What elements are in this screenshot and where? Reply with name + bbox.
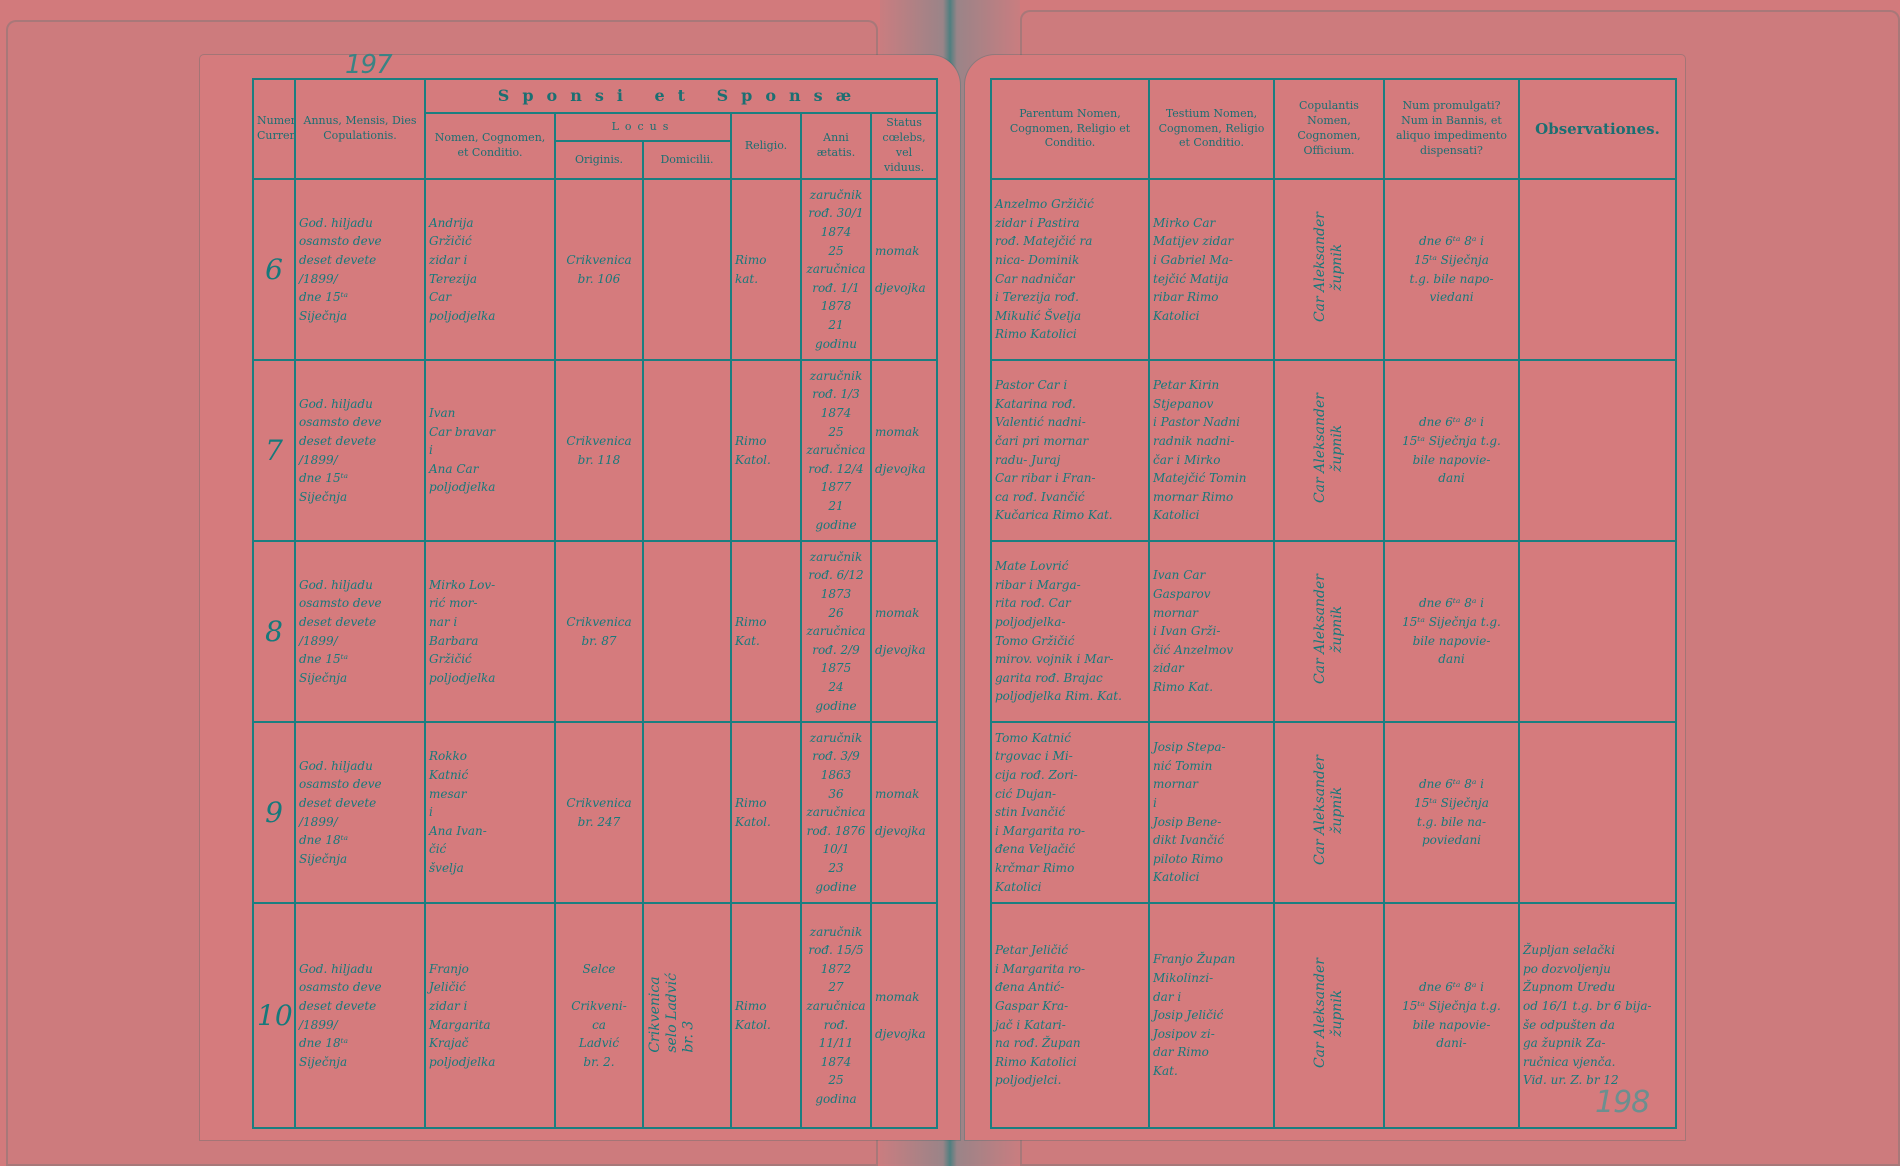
entry-origin: Crikvenica br. 118 [555,360,643,541]
entry-number: 7 [253,360,295,541]
entry-officiant: Car Aleksander župnik [1274,541,1384,722]
entry-observations [1519,360,1676,541]
entry-officiant-text: Car Aleksander župnik [1312,755,1346,865]
register-table-right: Parentum Nomen, Cognomen, Religio et Con… [990,78,1677,1129]
header-numerus-currens: Numerus Currens. [253,79,295,179]
register-entry-row: 7 God. hiljadu osamsto deve deset devete… [253,360,937,541]
register-entry-row: 10 God. hiljadu osamsto deve deset devet… [253,903,937,1128]
entry-officiant: Car Aleksander župnik [1274,360,1384,541]
register-table-left: Numerus Currens. Annus, Mensis, Dies Cop… [252,78,938,1129]
entry-names: Rokko Katnić mesar i Ana Ivan- čić švelj… [425,722,555,903]
entry-names: Franjo Jeličić zidar i Margarita Krajač … [425,903,555,1128]
entry-observations [1519,722,1676,903]
entry-witnesses: Petar Kirin Stjepanov i Pastor Nadni rad… [1149,360,1274,541]
entry-date: God. hiljadu osamsto deve deset devete /… [295,541,425,722]
page-number-left: 197 [345,50,392,80]
entry-origin: Crikvenica br. 106 [555,179,643,360]
header-sponsi-et-sponsae: Sponsi et Sponsæ [425,79,937,113]
entry-officiant: Car Aleksander župnik [1274,179,1384,360]
entry-officiant: Car Aleksander župnik [1274,903,1384,1128]
register-entry-row-right: Petar Jeličić i Margarita ro- đena Antić… [991,903,1676,1128]
register-entry-row-right: Pastor Car i Katarina rođ. Valentić nadn… [991,360,1676,541]
entry-parents: Mate Lovrić ribar i Marga- rita rođ. Car… [991,541,1149,722]
entry-number: 6 [253,179,295,360]
entry-names: Ivan Car bravar i Ana Car poljodjelka [425,360,555,541]
entry-observations: Župljan selački po dozvoljenju Župnom Ur… [1519,903,1676,1128]
entry-names: Mirko Lov- rić mor- nar i Barbara Gržiči… [425,541,555,722]
entry-witnesses: Josip Stepa- nić Tomin mornar i Josip Be… [1149,722,1274,903]
entry-parents: Tomo Katnić trgovac i Mi- cija rođ. Zori… [991,722,1149,903]
entry-age: zaručnik rođ. 6/12 1873 26 zaručnica rođ… [801,541,871,722]
entry-banns: dne 6ᵗᵃ 8ᵃ i 15ᵗᵃ Siječnja t.g. bile nap… [1384,903,1519,1128]
entry-origin: Crikvenica br. 247 [555,722,643,903]
entry-witnesses: Ivan Car Gasparov mornar i Ivan Grži- či… [1149,541,1274,722]
header-parentum: Parentum Nomen, Cognomen, Religio et Con… [991,79,1149,179]
entry-parents: Petar Jeličić i Margarita ro- đena Antić… [991,903,1149,1128]
entry-domicile [643,722,731,903]
entry-observations [1519,541,1676,722]
entry-domicile: Crikvenica selo Ladvić br. 3 [643,903,731,1128]
header-copulantis: Copulantis Nomen, Cognomen, Officium. [1274,79,1384,179]
entry-religion: Rimo Katol. [731,903,801,1128]
entry-date: God. hiljadu osamsto deve deset devete /… [295,903,425,1128]
header-annus-mensis-dies: Annus, Mensis, Dies Copulationis. [295,79,425,179]
entry-date: God. hiljadu osamsto deve deset devete /… [295,179,425,360]
entry-age: zaručnik rođ. 30/1 1874 25 zaručnica rođ… [801,179,871,360]
header-observationes: Observationes. [1519,79,1676,179]
entry-religion: Rimo Kat. [731,541,801,722]
entry-number: 8 [253,541,295,722]
entry-number: 9 [253,722,295,903]
entry-date: God. hiljadu osamsto deve deset devete /… [295,360,425,541]
entry-origin: Crikvenica br. 87 [555,541,643,722]
entry-domicile [643,179,731,360]
entry-date: God. hiljadu osamsto deve deset devete /… [295,722,425,903]
register-entry-row: 6 God. hiljadu osamsto deve deset devete… [253,179,937,360]
header-locus: Locus [555,113,731,141]
entry-religion: Rimo Katol. [731,722,801,903]
entry-witnesses: Franjo Župan Mikolinzi- dar i Josip Jeli… [1149,903,1274,1128]
entry-banns: dne 6ᵗᵃ 8ᵃ i 15ᵗᵃ Siječnja t.g. bile nap… [1384,360,1519,541]
entry-officiant-text: Car Aleksander župnik [1312,212,1346,322]
entry-witnesses: Mirko Car Matijev zidar i Gabriel Ma- te… [1149,179,1274,360]
entry-status: momak djevojka [871,179,937,360]
entry-status: momak djevojka [871,541,937,722]
entry-age: zaručnik rođ. 15/5 1872 27 zaručnica rođ… [801,903,871,1128]
entry-names: Andrija Gržičić zidar i Terezija Car pol… [425,179,555,360]
entry-officiant-text: Car Aleksander župnik [1312,958,1346,1068]
register-entry-row-right: Mate Lovrić ribar i Marga- rita rođ. Car… [991,541,1676,722]
entry-religion: Rimo kat. [731,179,801,360]
header-originis: Originis. [555,141,643,179]
entry-banns: dne 6ᵗᵃ 8ᵃ i 15ᵗᵃ Siječnja t.g. bile na-… [1384,722,1519,903]
register-entry-row: 8 God. hiljadu osamsto deve deset devete… [253,541,937,722]
entry-status: momak djevojka [871,903,937,1128]
entry-age: zaručnik rođ. 3/9 1863 36 zaručnica rođ.… [801,722,871,903]
register-entry-row-right: Anzelmo Gržičić zidar i Pastira rođ. Mat… [991,179,1676,360]
entry-parents: Anzelmo Gržičić zidar i Pastira rođ. Mat… [991,179,1149,360]
entry-banns: dne 6ᵗᵃ 8ᵃ i 15ᵗᵃ Siječnja t.g. bile nap… [1384,179,1519,360]
header-status: Status cœlebs, vel viduus. [871,113,937,179]
header-domicilii: Domicilii. [643,141,731,179]
entry-banns: dne 6ᵗᵃ 8ᵃ i 15ᵗᵃ Siječnja t.g. bile nap… [1384,541,1519,722]
register-entry-row-right: Tomo Katnić trgovac i Mi- cija rođ. Zori… [991,722,1676,903]
entry-domicile-text: Crikvenica selo Ladvić br. 3 [647,973,697,1053]
entry-number: 10 [253,903,295,1128]
entry-domicile [643,360,731,541]
entry-domicile [643,541,731,722]
entry-observations [1519,179,1676,360]
header-testium: Testium Nomen, Cognomen, Religio et Cond… [1149,79,1274,179]
entry-parents: Pastor Car i Katarina rođ. Valentić nadn… [991,360,1149,541]
entry-status: momak djevojka [871,360,937,541]
header-nomen-cognomen: Nomen, Cognomen, et Conditio. [425,113,555,179]
register-entry-row: 9 God. hiljadu osamsto deve deset devete… [253,722,937,903]
entry-origin: Selce Crikveni- ca Ladvić br. 2. [555,903,643,1128]
header-anni-aetatis: Anni ætatis. [801,113,871,179]
entry-status: momak djevojka [871,722,937,903]
entry-religion: Rimo Katol. [731,360,801,541]
entry-officiant: Car Aleksander župnik [1274,722,1384,903]
entry-officiant-text: Car Aleksander župnik [1312,574,1346,684]
header-promulgati: Num promulgati? Num in Bannis, et aliquo… [1384,79,1519,179]
header-religio: Religio. [731,113,801,179]
entry-officiant-text: Car Aleksander župnik [1312,393,1346,503]
entry-age: zaručnik rođ. 1/3 1874 25 zaručnica rođ.… [801,360,871,541]
